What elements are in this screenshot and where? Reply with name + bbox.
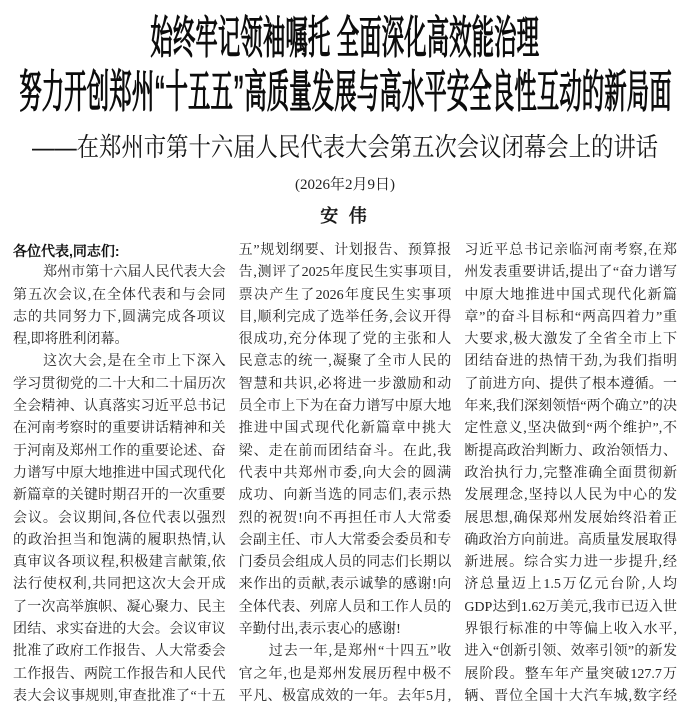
headline-line-1-text: 始终牢记领袖嘱托 全面深化高效能治理 xyxy=(151,12,540,64)
headline-line-2: 努力开创郑州“十五五”高质量发展与高水平安全良性互动的新局面 xyxy=(0,64,690,120)
dateline: (2026年2月9日) xyxy=(0,175,690,195)
subtitle: ——在郑州市第十六届人民代表大会第五次会议闭幕会上的讲话 xyxy=(0,132,690,162)
headline-line-1: 始终牢记领袖嘱托 全面深化高效能治理 xyxy=(0,12,690,64)
article-body: 各位代表,同志们: 郑州市第十六届人民代表大会第五次会议,在全体代表和与会同志的… xyxy=(0,240,690,710)
subtitle-text: ——在郑州市第十六届人民代表大会第五次会议闭幕会上的讲话 xyxy=(32,132,658,162)
headline-line-2-text: 努力开创郑州“十五五”高质量发展与高水平安全良性互动的新局面 xyxy=(19,64,672,120)
newspaper-article-page: 始终牢记领袖嘱托 全面深化高效能治理 努力开创郑州“十五五”高质量发展与高水平安… xyxy=(0,0,690,716)
paragraph-1: 郑州市第十六届人民代表大会第五次会议,在全体代表和与会同志的共同努力下,圆满完成… xyxy=(13,262,226,351)
author-name: 安 伟 xyxy=(0,204,690,228)
salutation: 各位代表,同志们: xyxy=(13,240,226,262)
masthead: 始终牢记领袖嘱托 全面深化高效能治理 努力开创郑州“十五五”高质量发展与高水平安… xyxy=(0,0,690,228)
